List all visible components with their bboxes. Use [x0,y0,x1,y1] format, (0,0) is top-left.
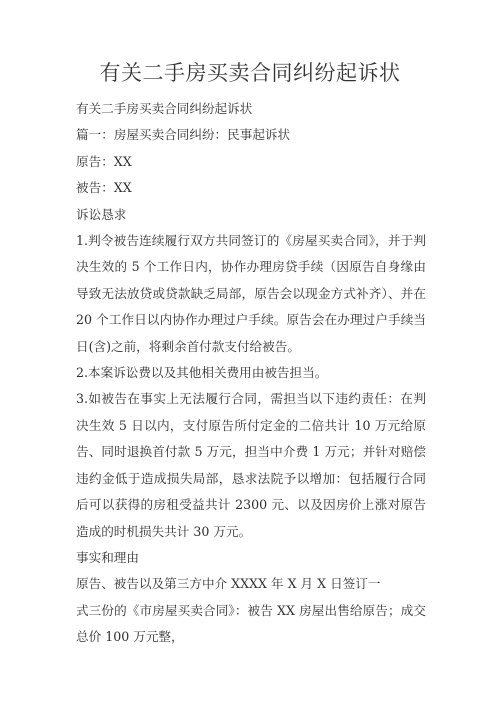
facts-heading: 事实和理由 [76,545,426,571]
document-body: 有关二手房买卖合同纠纷起诉状 篇一：房屋买卖合同纠纷：民事起诉状 原告：XX 被… [76,96,426,651]
section-heading-part-one: 篇一：房屋买卖合同纠纷：民事起诉状 [76,122,426,148]
facts-paragraph-2: 式三份的《市房屋买卖合同》：被告 XX 房屋出售给原告；成交总价 100 万元整… [76,598,426,651]
facts-paragraph-1: 原告、被告以及第三方中介 XXXX 年 X 月 X 日签订一 [76,571,426,597]
defendant-line: 被告：XX [76,175,426,201]
claim-item-2: 2.本案诉讼费以及其他相关费用由被告担当。 [76,360,426,386]
claim-item-1: 1.判令被告连续履行双方共同签订的《房屋买卖合同》，并于判决生效的 5 个工作日… [76,228,426,360]
document-title: 有关二手房买卖合同纠纷起诉状 [0,58,500,88]
plaintiff-line: 原告：XX [76,149,426,175]
claim-item-3: 3.如被告在事实上无法履行合同，需担当以下违约责任：在判决生效 5 日以内，支付… [76,386,426,544]
subtitle: 有关二手房买卖合同纠纷起诉状 [76,96,426,122]
claims-heading: 诉讼恳求 [76,202,426,228]
document-page: 有关二手房买卖合同纠纷起诉状 有关二手房买卖合同纠纷起诉状 篇一：房屋买卖合同纠… [0,0,500,708]
